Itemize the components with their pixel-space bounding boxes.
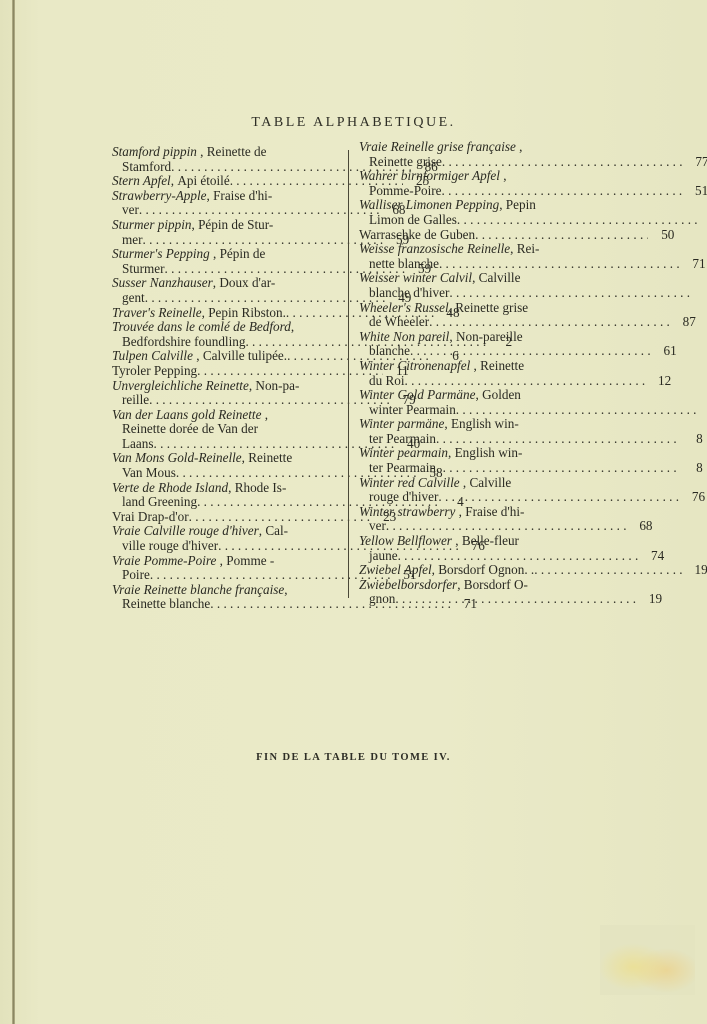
index-entry: Zwiebel Apfel, Borsdorf Ognon. .19 — [359, 563, 599, 578]
continuation-text: ter Pearmain — [369, 461, 436, 476]
separator: , — [197, 145, 207, 160]
page-number: 54 — [698, 213, 707, 228]
french-name: Cal- — [265, 524, 288, 539]
french-name: Pépin de Stur- — [198, 218, 273, 233]
page-number: 77 — [683, 155, 707, 170]
continuation-text: Reinette dorée de Van der — [122, 421, 258, 436]
variety-name: Zwiebelborsdorfer — [359, 578, 457, 593]
separator: , — [516, 140, 523, 155]
continuation-text: Bedfordshire foundling — [122, 335, 245, 350]
separator: , — [192, 218, 199, 233]
book-page: TABLE ALPHABETIQUE. Stamford pippin , Re… — [0, 0, 707, 1024]
page-number: 87 — [670, 315, 696, 330]
continuation-text: mer — [122, 233, 143, 248]
index-entry: Stamford pippin , Reinette deStamford86 — [112, 145, 342, 174]
dot-leader — [145, 291, 386, 306]
variety-name: Wahrer birnformiger Apfel — [359, 169, 500, 184]
continuation-text: Laans — [122, 437, 154, 452]
index-entry: Sturmer's Pepping , Pépin deSturmer59 — [112, 247, 342, 276]
separator: , — [449, 330, 456, 345]
index-entry: Winter strawberry , Fraise d'hi-ver68 — [359, 505, 599, 534]
index-entry: Weisser winter Calvil, Calvilleblanche d… — [359, 271, 599, 300]
index-entry: Winter Citronenapfel , Reinettedu Roi12 — [359, 359, 599, 388]
index-entry: Unvergleichliche Reinette, Non-pa-reille… — [112, 379, 342, 408]
dot-leader — [189, 510, 371, 525]
continuation-text: Limon de Galles — [369, 213, 457, 228]
continuation-text: Reinette grise — [369, 155, 442, 170]
variety-name: Van Mons Gold-Reinelle — [112, 451, 242, 466]
page-number: 50 — [648, 228, 674, 243]
dot-leader — [449, 286, 690, 301]
column-divider — [348, 150, 349, 598]
variety-name: Winter Gold Parmäne — [359, 388, 475, 403]
page-number: 74 — [638, 549, 664, 564]
continuation-text: Reinette blanche — [122, 597, 210, 612]
index-entry: Wahrer birnformiger Apfel ,Pomme-Poire51 — [359, 169, 599, 198]
variety-name: Van der Laans gold Reinette — [112, 408, 261, 423]
index-entry: Stern Apfel, Api étoilé25 — [112, 174, 342, 189]
continuation-text: Stamford — [122, 160, 171, 175]
separator: , — [193, 349, 203, 364]
french-name: Rhode Is- — [235, 481, 287, 496]
variety-name: Vraie Reinelle grise française — [359, 140, 516, 155]
variety-name: Wheeler's Russel — [359, 301, 449, 316]
variety-name: Zwiebel Apfel — [359, 563, 432, 578]
page-number: 68 — [627, 519, 653, 534]
variety-name: Sturmer's Pepping — [112, 247, 210, 262]
index-entry: Vraie Reinette blanche française,Reinett… — [112, 583, 342, 612]
continuation-text: winter Pearmain — [369, 403, 456, 418]
separator: , — [500, 169, 507, 184]
continuation-text: blanche — [369, 344, 410, 359]
french-name: Borsdorf Ognon. . — [438, 563, 534, 578]
index-entry: Tulpen Calville , Calville tulipée.6 — [112, 349, 342, 364]
separator: , — [216, 554, 226, 569]
french-name: Fraise d'hi- — [465, 505, 524, 520]
french-name: Borsdorf O- — [464, 578, 528, 593]
dot-leader — [439, 257, 680, 272]
variety-name: Stamford pippin — [112, 145, 197, 160]
separator: , — [228, 481, 235, 496]
index-column-right: Vraie Reinelle grise française ,Reinette… — [359, 140, 599, 607]
index-entry: Verte de Rhode Island, Rhode Is-land Gre… — [112, 481, 342, 510]
separator: , — [432, 563, 439, 578]
french-name: Vrai Drap-d'or — [112, 510, 189, 525]
french-name: English win- — [455, 446, 523, 461]
index-entry: Wheeler's Russel, Reinette grisede Wheel… — [359, 301, 599, 330]
continuation-text: land Greening — [122, 495, 197, 510]
variety-name: Susser Nanzhauser — [112, 276, 213, 291]
separator: , — [460, 476, 470, 491]
french-name: Reinette — [480, 359, 524, 374]
dot-leader — [534, 563, 682, 578]
separator: , — [510, 242, 517, 257]
page-number: 51 — [682, 184, 707, 199]
french-name: Tyroler Pepping — [112, 364, 197, 379]
continuation-text: jaune — [369, 549, 398, 564]
french-name: Belle-fleur — [462, 534, 519, 549]
continuation-text: Van Mous — [122, 466, 176, 481]
french-name: Rei- — [517, 242, 540, 257]
index-entry: Zwiebelborsdorfer, Borsdorf O-gnon19 — [359, 578, 599, 607]
variety-name: Winter red Calville — [359, 476, 460, 491]
separator: , — [171, 174, 178, 189]
variety-name: White Non pareil — [359, 330, 449, 345]
dot-leader — [410, 344, 651, 359]
page-number: 76 — [679, 490, 705, 505]
variety-name: Trouvée dans le comlé de Bedford — [112, 320, 291, 335]
french-name: Calville — [470, 476, 512, 491]
separator: , — [455, 505, 465, 520]
variety-name: Unvergleichliche Reinette — [112, 379, 249, 394]
variety-name: Vraie Pomme-Poire — [112, 554, 216, 569]
continuation-text: du Roi — [369, 374, 405, 389]
dot-leader — [436, 432, 677, 447]
dot-leader — [475, 228, 648, 243]
continuation-text: nette blanche — [369, 257, 439, 272]
french-name: Api étoilé — [177, 174, 229, 189]
index-entry: Strawberry-Apple, Fraise d'hi-ver68 — [112, 189, 342, 218]
index-entry: Vrai Drap-d'or23 — [112, 510, 342, 525]
continuation-text: de Wheeler — [369, 315, 429, 330]
variety-name: Vraie Calville rouge d'hiver — [112, 524, 259, 539]
french-name: Pepin Ribston. — [208, 306, 286, 321]
continuation-text: ter Pearmain — [369, 432, 436, 447]
index-entry: Sturmer pippin, Pépin de Stur-mer59 — [112, 218, 342, 247]
french-name: Non-pareille — [456, 330, 523, 345]
separator: , — [499, 198, 506, 213]
variety-name: Sturmer pippin — [112, 218, 192, 233]
page-title: TABLE ALPHABETIQUE. — [0, 115, 707, 131]
page-number: 8 — [677, 432, 703, 447]
french-name: Pepin — [506, 198, 536, 213]
separator: , — [449, 301, 456, 316]
index-entry: Vraie Calville rouge d'hiver, Cal-ville … — [112, 524, 342, 553]
dot-leader — [457, 213, 698, 228]
french-name: Calville — [479, 271, 521, 286]
variety-name: Weisse franzosische Reinelle — [359, 242, 510, 257]
french-name: Warraschke de Guben — [359, 228, 475, 243]
index-entry: Winter parmäne, English win-ter Pearmain… — [359, 417, 599, 446]
dot-leader — [395, 592, 636, 607]
page-number: 71 — [680, 257, 706, 272]
dot-leader — [405, 374, 646, 389]
dot-leader — [398, 549, 639, 564]
french-name: Reinette — [248, 451, 292, 466]
index-entry: Weisse franzosische Reinelle, Rei-nette … — [359, 242, 599, 271]
index-entry: Winter Gold Parmäne, Goldenwinter Pearma… — [359, 388, 599, 417]
index-entry: Yellow Bellflower , Belle-fleurjaune74 — [359, 534, 599, 563]
french-name: Pépin de — [220, 247, 266, 262]
variety-name: Vraie Reinette blanche française — [112, 583, 284, 598]
page-number: 19 — [636, 592, 662, 607]
continuation-text: ville rouge d'hiver — [122, 539, 218, 554]
index-entry: Winter red Calville , Calvillerouge d'hi… — [359, 476, 599, 505]
index-entry: Warraschke de Guben50 — [359, 228, 599, 243]
dot-leader — [139, 203, 380, 218]
dot-leader — [438, 490, 679, 505]
continuation-text: rouge d'hiver — [369, 490, 438, 505]
page-number: 9 — [690, 286, 707, 301]
dot-leader — [429, 315, 670, 330]
continuation-text: blanche d'hiver — [369, 286, 449, 301]
continuation-text: Sturmer — [122, 262, 165, 277]
end-of-table-note: FIN DE LA TABLE DU TOME IV. — [0, 752, 707, 763]
variety-name: Verte de Rhode Island — [112, 481, 228, 496]
french-name: English win- — [451, 417, 519, 432]
separator: , — [475, 388, 482, 403]
variety-name: Walliser Limonen Pepping — [359, 198, 499, 213]
variety-name: Yellow Bellflower — [359, 534, 452, 549]
continuation-text: ver — [122, 203, 139, 218]
separator: , — [259, 524, 266, 539]
variety-name: Traver's Reinelle — [112, 306, 202, 321]
page-number: 12 — [645, 374, 671, 389]
variety-name: Winter parmäne — [359, 417, 444, 432]
continuation-text: ver — [369, 519, 386, 534]
french-name: Fraise d'hi- — [213, 189, 272, 204]
variety-name: Strawberry-Apple — [112, 189, 207, 204]
dot-leader — [149, 393, 390, 408]
index-entry: Susser Nanzhauser, Doux d'ar-gent49 — [112, 276, 342, 305]
index-entry: Vraie Pomme-Poire , Pomme -Poire51 — [112, 554, 342, 583]
index-entry: Traver's Reinelle, Pepin Ribston.48 — [112, 306, 342, 321]
page-number: 61 — [651, 344, 677, 359]
variety-name: Stern Apfel — [112, 174, 171, 189]
french-name: Reinette grise — [455, 301, 528, 316]
french-name: Pomme - — [226, 554, 274, 569]
dot-leader — [150, 568, 391, 583]
index-column-left: Stamford pippin , Reinette deStamford86S… — [112, 145, 342, 612]
continuation-text: gnon — [369, 592, 395, 607]
variety-name: Tulpen Calville — [112, 349, 193, 364]
separator: , — [249, 379, 256, 394]
french-name: Golden — [482, 388, 521, 403]
page-number: 8 — [677, 461, 703, 476]
continuation-text: Poire — [122, 568, 150, 583]
index-entry: Winter pearmain, English win-ter Pearmai… — [359, 446, 599, 475]
separator: , — [210, 247, 220, 262]
index-entry: Walliser Limonen Pepping, PepinLimon de … — [359, 198, 599, 227]
separator: , — [242, 451, 249, 466]
index-entry: Van der Laans gold Reinette ,Reinette do… — [112, 408, 342, 452]
variety-name: Winter strawberry — [359, 505, 455, 520]
separator: , — [444, 417, 451, 432]
dot-leader — [456, 403, 697, 418]
french-name: Non-pa- — [255, 379, 299, 394]
index-entry: Tyroler Pepping11 — [112, 364, 342, 379]
index-entry: Trouvée dans le comlé de Bedford,Bedford… — [112, 320, 342, 349]
separator: , — [457, 578, 464, 593]
index-entry: Van Mons Gold-Reinelle, ReinetteVan Mous… — [112, 451, 342, 480]
dot-leader — [442, 184, 683, 199]
french-name: Doux d'ar- — [219, 276, 275, 291]
separator: , — [472, 271, 479, 286]
index-entry: Vraie Reinelle grise française ,Reinette… — [359, 140, 599, 169]
continuation-text: Pomme-Poire — [369, 184, 442, 199]
separator: , — [202, 306, 209, 321]
separator: , — [448, 446, 455, 461]
library-stamp — [600, 925, 695, 995]
dot-leader — [197, 364, 383, 379]
page-number: 10 — [696, 403, 707, 418]
dot-leader — [442, 155, 683, 170]
index-entry: White Non pareil, Non-pareilleblanche61 — [359, 330, 599, 359]
french-name: Calville tulipée. — [203, 349, 287, 364]
separator: , — [207, 189, 214, 204]
separator: , — [452, 534, 462, 549]
continuation-text: reille — [122, 393, 149, 408]
variety-name: Winter Citronenapfel — [359, 359, 470, 374]
dot-leader — [436, 461, 677, 476]
dot-leader — [386, 519, 627, 534]
binding-edge — [12, 0, 15, 1024]
separator: , — [213, 276, 220, 291]
continuation-text: gent — [122, 291, 145, 306]
separator: , — [470, 359, 480, 374]
separator: , — [261, 408, 268, 423]
page-number: 19 — [682, 563, 707, 578]
variety-name: Weisser winter Calvil — [359, 271, 472, 286]
variety-name: Winter pearmain — [359, 446, 448, 461]
french-name: Reinette de — [207, 145, 267, 160]
